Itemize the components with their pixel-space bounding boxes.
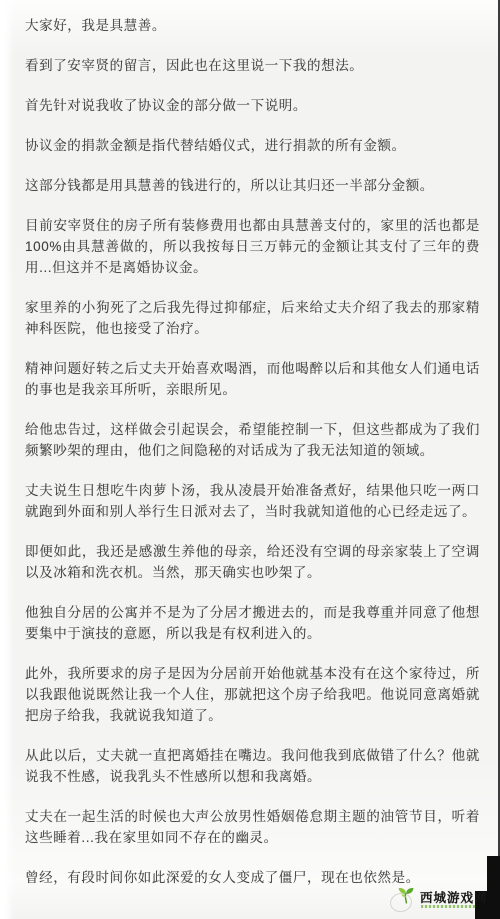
paragraph: 看到了安宰贤的留言，因此也在这里说一下我的想法。	[25, 55, 480, 76]
paragraph: 家里养的小狗死了之后我先得过抑郁症，后来给丈夫介绍了我去的那家精神科医院，他也接…	[25, 297, 480, 339]
paragraph: 从此以后，丈夫就一直把离婚挂在嘴边。我问他我到底做错了什么？他就说我不性感，说我…	[25, 745, 480, 787]
paragraph: 这部分钱都是用具慧善的钱进行的，所以让其归还一半部分金额。	[25, 175, 480, 196]
watermark: 西城游戏网	[393, 884, 485, 914]
paragraph: 他独自分居的公寓并不是为了分居才搬进去的，而是我尊重并同意了他想要集中于演技的意…	[25, 602, 480, 644]
paragraph: 给他忠告过，这样做会引起误会，希望能控制一下，但这些都成为了我们频繁吵架的理由，…	[25, 419, 480, 461]
text-screenshot-page: 大家好，我是具慧善。 看到了安宰贤的留言，因此也在这里说一下我的想法。 首先针对…	[0, 0, 500, 919]
paragraph: 即便如此，我还是感激生养他的母亲，给还没有空调的母亲家装上了空调以及冰箱和洗衣机…	[25, 541, 480, 583]
paragraph: 精神问题好转之后丈夫开始喜欢喝酒，而他喝醉以后和其他女人们通电话的事也是我亲耳所…	[25, 358, 480, 400]
sprout-icon	[396, 885, 417, 906]
watermark-url-blur	[421, 905, 476, 908]
paragraph: 此外，我所要求的房子是因为分居前开始他就基本没有在这个家待过，所以我跟他说既然让…	[25, 663, 480, 726]
paragraph: 目前安宰贤住的房子所有装修费用也都由具慧善支付的，家里的活也都是100%由具慧善…	[25, 215, 480, 278]
article-body: 大家好，我是具慧善。 看到了安宰贤的留言，因此也在这里说一下我的想法。 首先针对…	[25, 15, 480, 907]
watermark-site-name: 西城游戏网	[420, 888, 488, 906]
paragraph: 大家好，我是具慧善。	[25, 15, 480, 36]
paragraph: 丈夫说生日想吃牛肉萝卜汤，我从凌晨开始准备煮好，结果他只吃一两口就跑到外面和别人…	[25, 480, 480, 522]
paragraph: 协议金的捐款金额是指代替结婚仪式，进行捐款的所有金额。	[25, 135, 480, 156]
paragraph: 丈夫在一起生活的时候也大声公放男性婚姻倦怠期主题的油管节目，听着这些睡着...我…	[25, 806, 480, 848]
paragraph: 首先针对说我收了协议金的部分做一下说明。	[25, 95, 480, 116]
